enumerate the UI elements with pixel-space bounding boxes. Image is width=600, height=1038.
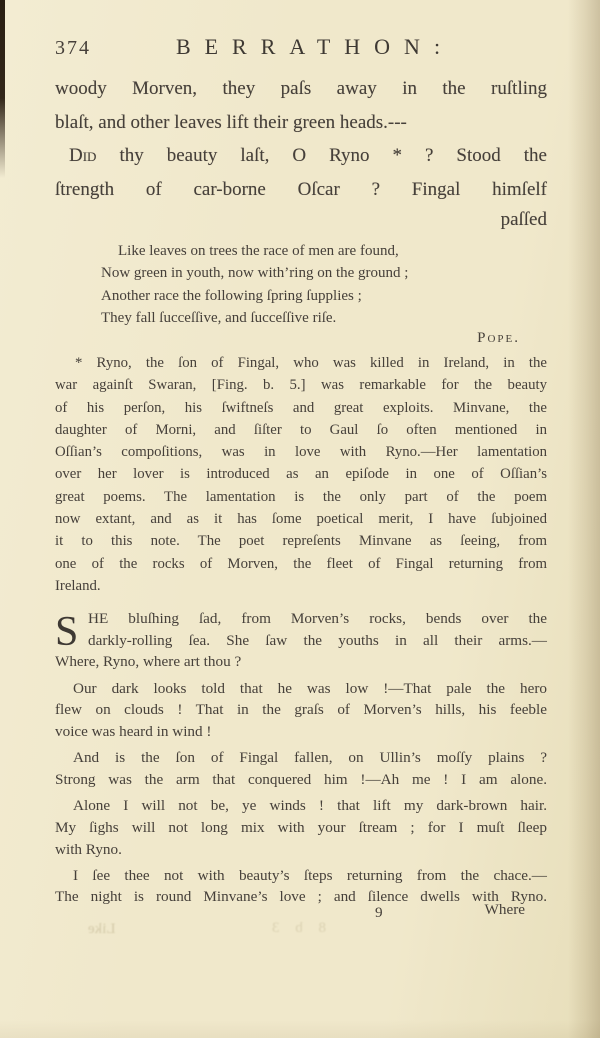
footnote-line: * Ryno, the ſon of Fingal, who was kille… — [55, 352, 547, 374]
lamentation-line: Alone I will not be, ye winds ! that lif… — [55, 795, 547, 817]
catchword: Where — [485, 901, 525, 919]
lamentation-line: HE bluſhing ſad, from Morven’s rocks, be… — [55, 608, 547, 630]
verse-line: Now green in youth, now with’ring on the… — [101, 262, 520, 284]
lamentation-paragraph: Alone I will not be, ye winds ! that lif… — [55, 795, 547, 860]
footnote-line: of his perſon, his ſwiftneſs and great e… — [55, 397, 547, 419]
lamentation-line: with Ryno. — [55, 839, 547, 861]
lamentation-line: darkly-rolling ſea. She ſaw the youths i… — [55, 630, 547, 652]
footnote: * Ryno, the ſon of Fingal, who was kille… — [55, 352, 547, 597]
footnote-line: one of the rocks of Morven, the fleet of… — [55, 553, 547, 575]
catchword-mid: paſſed — [55, 206, 547, 233]
verse-line: Another race the following ſpring ſuppli… — [101, 285, 520, 307]
footnote-line: Oſſian’s compoſitions, was in love with … — [55, 441, 547, 463]
page-bottom-shadow — [0, 1020, 600, 1038]
lamentation-line: And is the ſon of Fingal fallen, on Ulli… — [55, 747, 547, 769]
footnote-line: daughter of Morni, and ſiſter to Gaul ſo… — [55, 419, 547, 441]
drop-cap-initial: S — [55, 611, 78, 653]
page-number: 374 — [55, 37, 91, 60]
lamentation-paragraph: And is the ſon of Fingal fallen, on Ulli… — [55, 747, 547, 790]
lamentation-line: voice was heard in wind ! — [55, 721, 547, 743]
lamentation-note: S HE bluſhing ſad, from Morven’s rocks, … — [55, 608, 547, 913]
text-line: woody Morven, they paſs away in the ruſt… — [55, 72, 547, 106]
text-line: blaſt, and other leaves lift their green… — [55, 106, 547, 140]
signature-mark: 9 — [375, 904, 383, 922]
page-edge-shadow — [568, 0, 600, 1038]
opening-word-smallcaps: Did — [69, 145, 96, 166]
verse-attribution: Pope. — [101, 327, 520, 349]
text-line: ſtrength of car-borne Oſcar ? Fingal him… — [55, 173, 547, 207]
footnote-line: war againſt Swaran, [Fing. b. 5.] was re… — [55, 374, 547, 396]
show-through-text: Like — [88, 921, 116, 938]
show-through-text: 8 b 3 — [266, 920, 326, 937]
verse-quotation: Like leaves on trees the race of men are… — [101, 240, 520, 349]
lamentation-line: flew on clouds ! That in the graſs of Mo… — [55, 699, 547, 721]
running-head: 374 BERRATHON: — [55, 34, 547, 66]
main-text: woody Morven, they paſs away in the ruſt… — [55, 72, 547, 233]
footnote-line: great poems. The lamentation is the only… — [55, 486, 547, 508]
footnote-line: it to this note. The poet repreſents Min… — [55, 530, 547, 552]
text-line: Did thy beauty laſt, O Ryno * ? Stood th… — [55, 139, 547, 173]
lamentation-line: Strong was the arm that conquered him !—… — [55, 769, 547, 791]
footnote-line: Ireland. — [55, 575, 547, 597]
book-page-scan: 374 BERRATHON: woody Morven, they paſs a… — [0, 0, 600, 1038]
verse-line: Like leaves on trees the race of men are… — [101, 240, 520, 262]
running-title: BERRATHON: — [176, 34, 454, 60]
lamentation-line: Our dark looks told that he was low !—Th… — [55, 678, 547, 700]
text-line-rest: thy beauty laſt, O Ryno * ? Stood the — [96, 145, 547, 166]
lamentation-line: I ſee thee not with beauty’s ſteps retur… — [55, 865, 547, 887]
lamentation-paragraph: S HE bluſhing ſad, from Morven’s rocks, … — [55, 608, 547, 673]
lamentation-line: Where, Ryno, where art thou ? — [55, 651, 547, 673]
lamentation-line: My ſighs will not long mix with your ſtr… — [55, 817, 547, 839]
footnote-line: now extant, and as it has ſome poetical … — [55, 508, 547, 530]
lamentation-paragraph: Our dark looks told that he was low !—Th… — [55, 678, 547, 743]
scan-dark-edge — [0, 0, 5, 178]
footnote-line: over her lover is introduced as an epiſo… — [55, 463, 547, 485]
